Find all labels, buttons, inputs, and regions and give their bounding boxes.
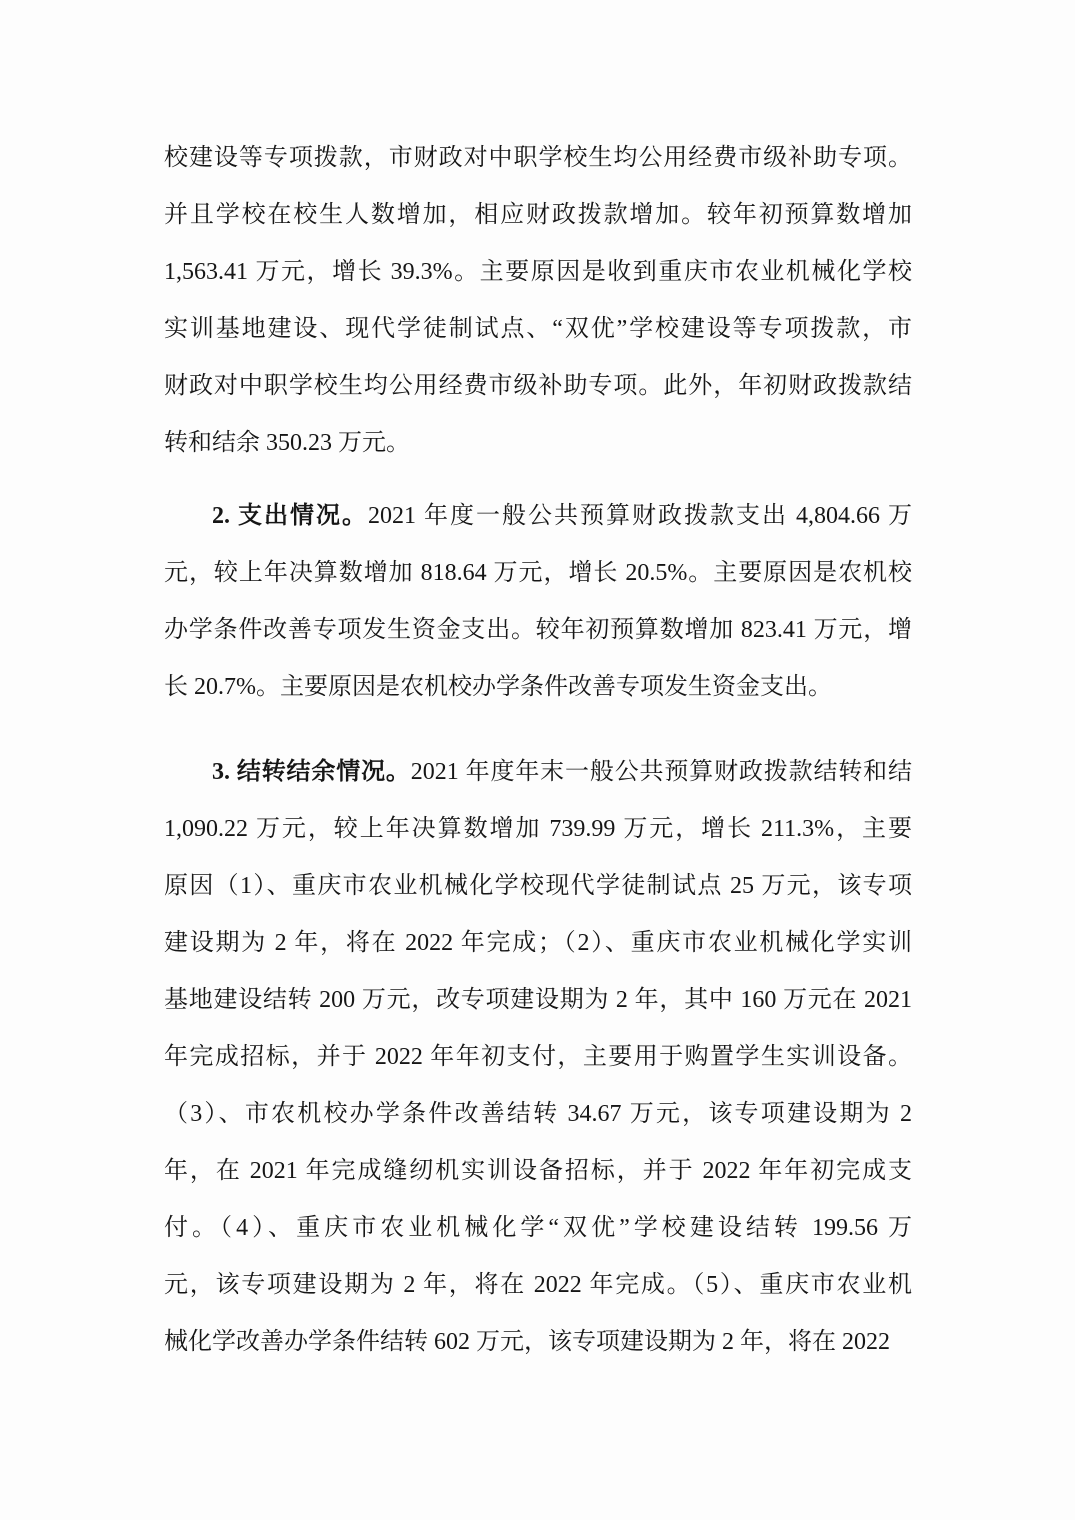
text-line: 1,090.22 万元，较上年决算数增加 739.99 万元，增长 211.3%…	[164, 801, 912, 858]
text-line: 建设期为 2 年，将在 2022 年完成；（2）、重庆市农业机械化学实训	[164, 915, 912, 972]
text-line: 1,563.41 万元，增长 39.3%。主要原因是收到重庆市农业机械化学校	[164, 244, 912, 301]
text-run: 2021 年度一般公共预算财政拨款支出 4,804.66 万	[368, 503, 912, 529]
text-line: 付。（4）、重庆市农业机械化学“双优”学校建设结转 199.56 万	[164, 1200, 912, 1257]
paragraph-revenue-continuation: 校建设等专项拨款，市财政对中职学校生均公用经费市级补助专项。 并且学校在校生人数…	[164, 130, 912, 472]
text-line: 3. 结转结余情况。2021 年度年末一般公共预算财政拨款结转和结余	[164, 744, 912, 801]
text-line: 实训基地建设、现代学徒制试点、“双优”学校建设等专项拨款，市	[164, 301, 912, 358]
text-line: 办学条件改善专项发生资金支出。较年初预算数增加 823.41 万元，增	[164, 602, 912, 659]
text-line: 基地建设结转 200 万元，改专项建设期为 2 年，其中 160 万元在 202…	[164, 972, 912, 1029]
text-line: 转和结余 350.23 万元。	[164, 415, 912, 472]
paragraph-expenditure: 2. 支出情况。2021 年度一般公共预算财政拨款支出 4,804.66 万 元…	[164, 488, 912, 716]
text-line: 长 20.7%。主要原因是农机校办学条件改善专项发生资金支出。	[164, 659, 912, 716]
text-line: 元，该专项建设期为 2 年，将在 2022 年完成。（5）、重庆市农业机	[164, 1257, 912, 1314]
text-line: 年完成招标，并于 2022 年年初支付，主要用于购置学生实训设备。	[164, 1029, 912, 1086]
text-line: （3）、市农机校办学条件改善结转 34.67 万元，该专项建设期为 2	[164, 1086, 912, 1143]
text-line: 2. 支出情况。2021 年度一般公共预算财政拨款支出 4,804.66 万	[164, 488, 912, 545]
text-line: 并且学校在校生人数增加，相应财政拨款增加。较年初预算数增加	[164, 187, 912, 244]
section-heading-expenditure: 2. 支出情况。	[212, 503, 368, 529]
document-page: 校建设等专项拨款，市财政对中职学校生均公用经费市级补助专项。 并且学校在校生人数…	[0, 0, 1075, 1520]
section-heading-carryover: 3. 结转结余情况。	[212, 759, 411, 785]
text-line: 原因（1）、重庆市农业机械化学校现代学徒制试点 25 万元，该专项	[164, 858, 912, 915]
text-line: 校建设等专项拨款，市财政对中职学校生均公用经费市级补助专项。	[164, 130, 912, 187]
paragraph-carryover-balance: 3. 结转结余情况。2021 年度年末一般公共预算财政拨款结转和结余 1,090…	[164, 744, 912, 1371]
text-line: 元，较上年决算数增加 818.64 万元，增长 20.5%。主要原因是农机校	[164, 545, 912, 602]
text-line: 械化学改善办学条件结转 602 万元，该专项建设期为 2 年，将在 2022	[164, 1314, 912, 1371]
text-line: 财政对中职学校生均公用经费市级补助专项。此外，年初财政拨款结	[164, 358, 912, 415]
text-line: 年，在 2021 年完成缝纫机实训设备招标，并于 2022 年年初完成支	[164, 1143, 912, 1200]
